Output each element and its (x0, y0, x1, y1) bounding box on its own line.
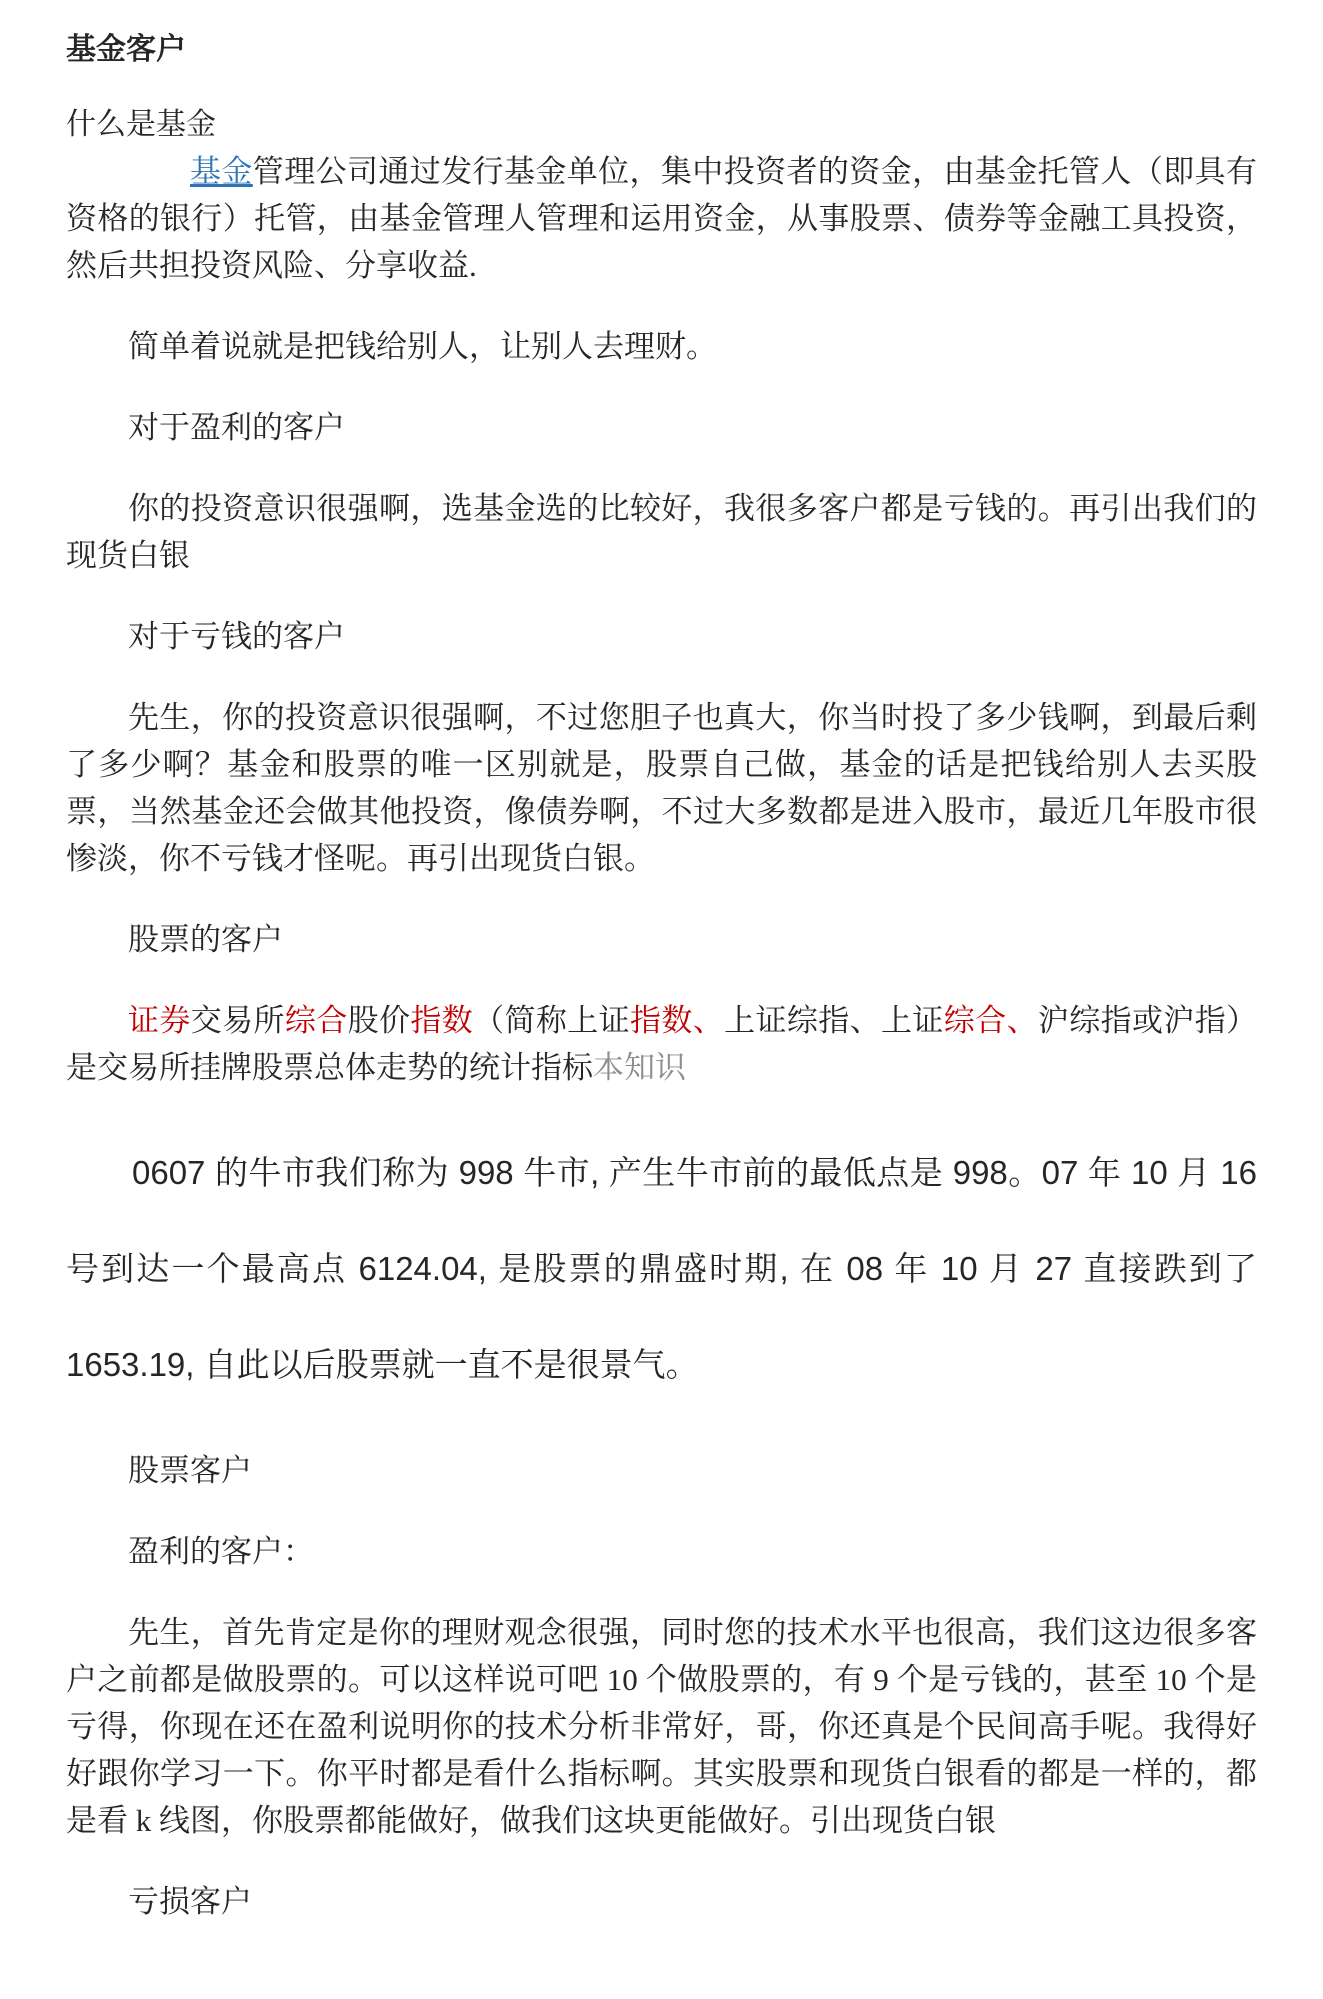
red-highlight-text: 综合 (285, 1003, 348, 1038)
para-fund-definition: 基金管理公司通过发行基金单位，集中投资者的资金，由基金托管人（即具有资格的银行）… (66, 148, 1257, 289)
text-run: 简单着说就是把钱给别人，让别人去理财。 (128, 329, 717, 364)
text-run: 上证综指、上证 (724, 1003, 944, 1038)
para-bull-market-history: 0607 的牛市我们称为 998 牛市, 产生牛市前的最低点是 998。07 年… (66, 1125, 1257, 1413)
text-run: 交易所 (191, 1003, 285, 1038)
text-run: 股票客户 (128, 1453, 252, 1488)
para-losing-customer-pitch: 先生，你的投资意识很强啊，不过您胆子也真大，你当时投了多少钱啊，到最后剩了多少啊… (66, 694, 1257, 882)
subheading-profit-customer: 对于盈利的客户 (66, 404, 1257, 451)
para-simple-explanation: 简单着说就是把钱给别人，让别人去理财。 (66, 323, 1257, 370)
para-index-definition: 证券交易所综合股价指数（简称上证指数、上证综指、上证综合、沪综指或沪指）是交易所… (66, 997, 1257, 1091)
fund-term-link[interactable]: 基金 (190, 154, 253, 189)
subheading-stock-customer: 股票的客户 (66, 916, 1257, 963)
para-profit-customer-pitch: 你的投资意识很强啊，选基金选的比较好，我很多客户都是亏钱的。再引出我们的现货白银 (66, 485, 1257, 579)
text-run: 对于盈利的客户 (128, 410, 345, 445)
red-highlight-text: 综合、 (944, 1003, 1038, 1038)
text-run: 什么是基金 (66, 108, 216, 141)
subheading-stock-customers: 股票客户 (66, 1447, 1257, 1494)
text-run: 0607 的牛市我们称为 998 牛市, 产生牛市前的最低点是 998。07 年… (66, 1154, 1257, 1383)
text-run: 亏损客户 (128, 1884, 252, 1919)
subheading-profitable-customer: 盈利的客户： (66, 1528, 1257, 1575)
text-run: 对于亏钱的客户 (128, 619, 345, 654)
red-highlight-text: 指数 (410, 1003, 473, 1038)
text-run: 先生，你的投资意识很强啊，不过您胆子也真大，你当时投了多少钱啊，到最后剩了多少啊… (66, 700, 1257, 876)
doc-title: 基金客户 (66, 26, 1257, 73)
heading-what-is-fund: 什么是基金 (66, 101, 1257, 148)
red-highlight-text: 指数、 (630, 1003, 724, 1038)
text-run: 股票的客户 (128, 922, 283, 957)
text-run: 你的投资意识很强啊，选基金选的比较好，我很多客户都是亏钱的。再引出我们的现货白银 (66, 491, 1257, 573)
para-profitable-customer-pitch: 先生，首先肯定是你的理财观念很强，同时您的技术水平也很高，我们这边很多客户之前都… (66, 1609, 1257, 1844)
muted-text: 本知识 (593, 1050, 686, 1085)
red-highlight-text: 证券 (128, 1003, 191, 1038)
document-page: 基金客户什么是基金基金管理公司通过发行基金单位，集中投资者的资金，由基金托管人（… (0, 0, 1323, 1999)
text-run: 基金客户 (66, 33, 186, 66)
text-run: 盈利的客户： (128, 1534, 314, 1569)
text-run: （简称上证 (473, 1003, 630, 1038)
subheading-loss-customer: 亏损客户 (66, 1878, 1257, 1925)
text-run: 股价 (348, 1003, 411, 1038)
text-run: 先生，首先肯定是你的理财观念很强，同时您的技术水平也很高，我们这边很多客户之前都… (66, 1615, 1257, 1838)
subheading-losing-customer: 对于亏钱的客户 (66, 613, 1257, 660)
